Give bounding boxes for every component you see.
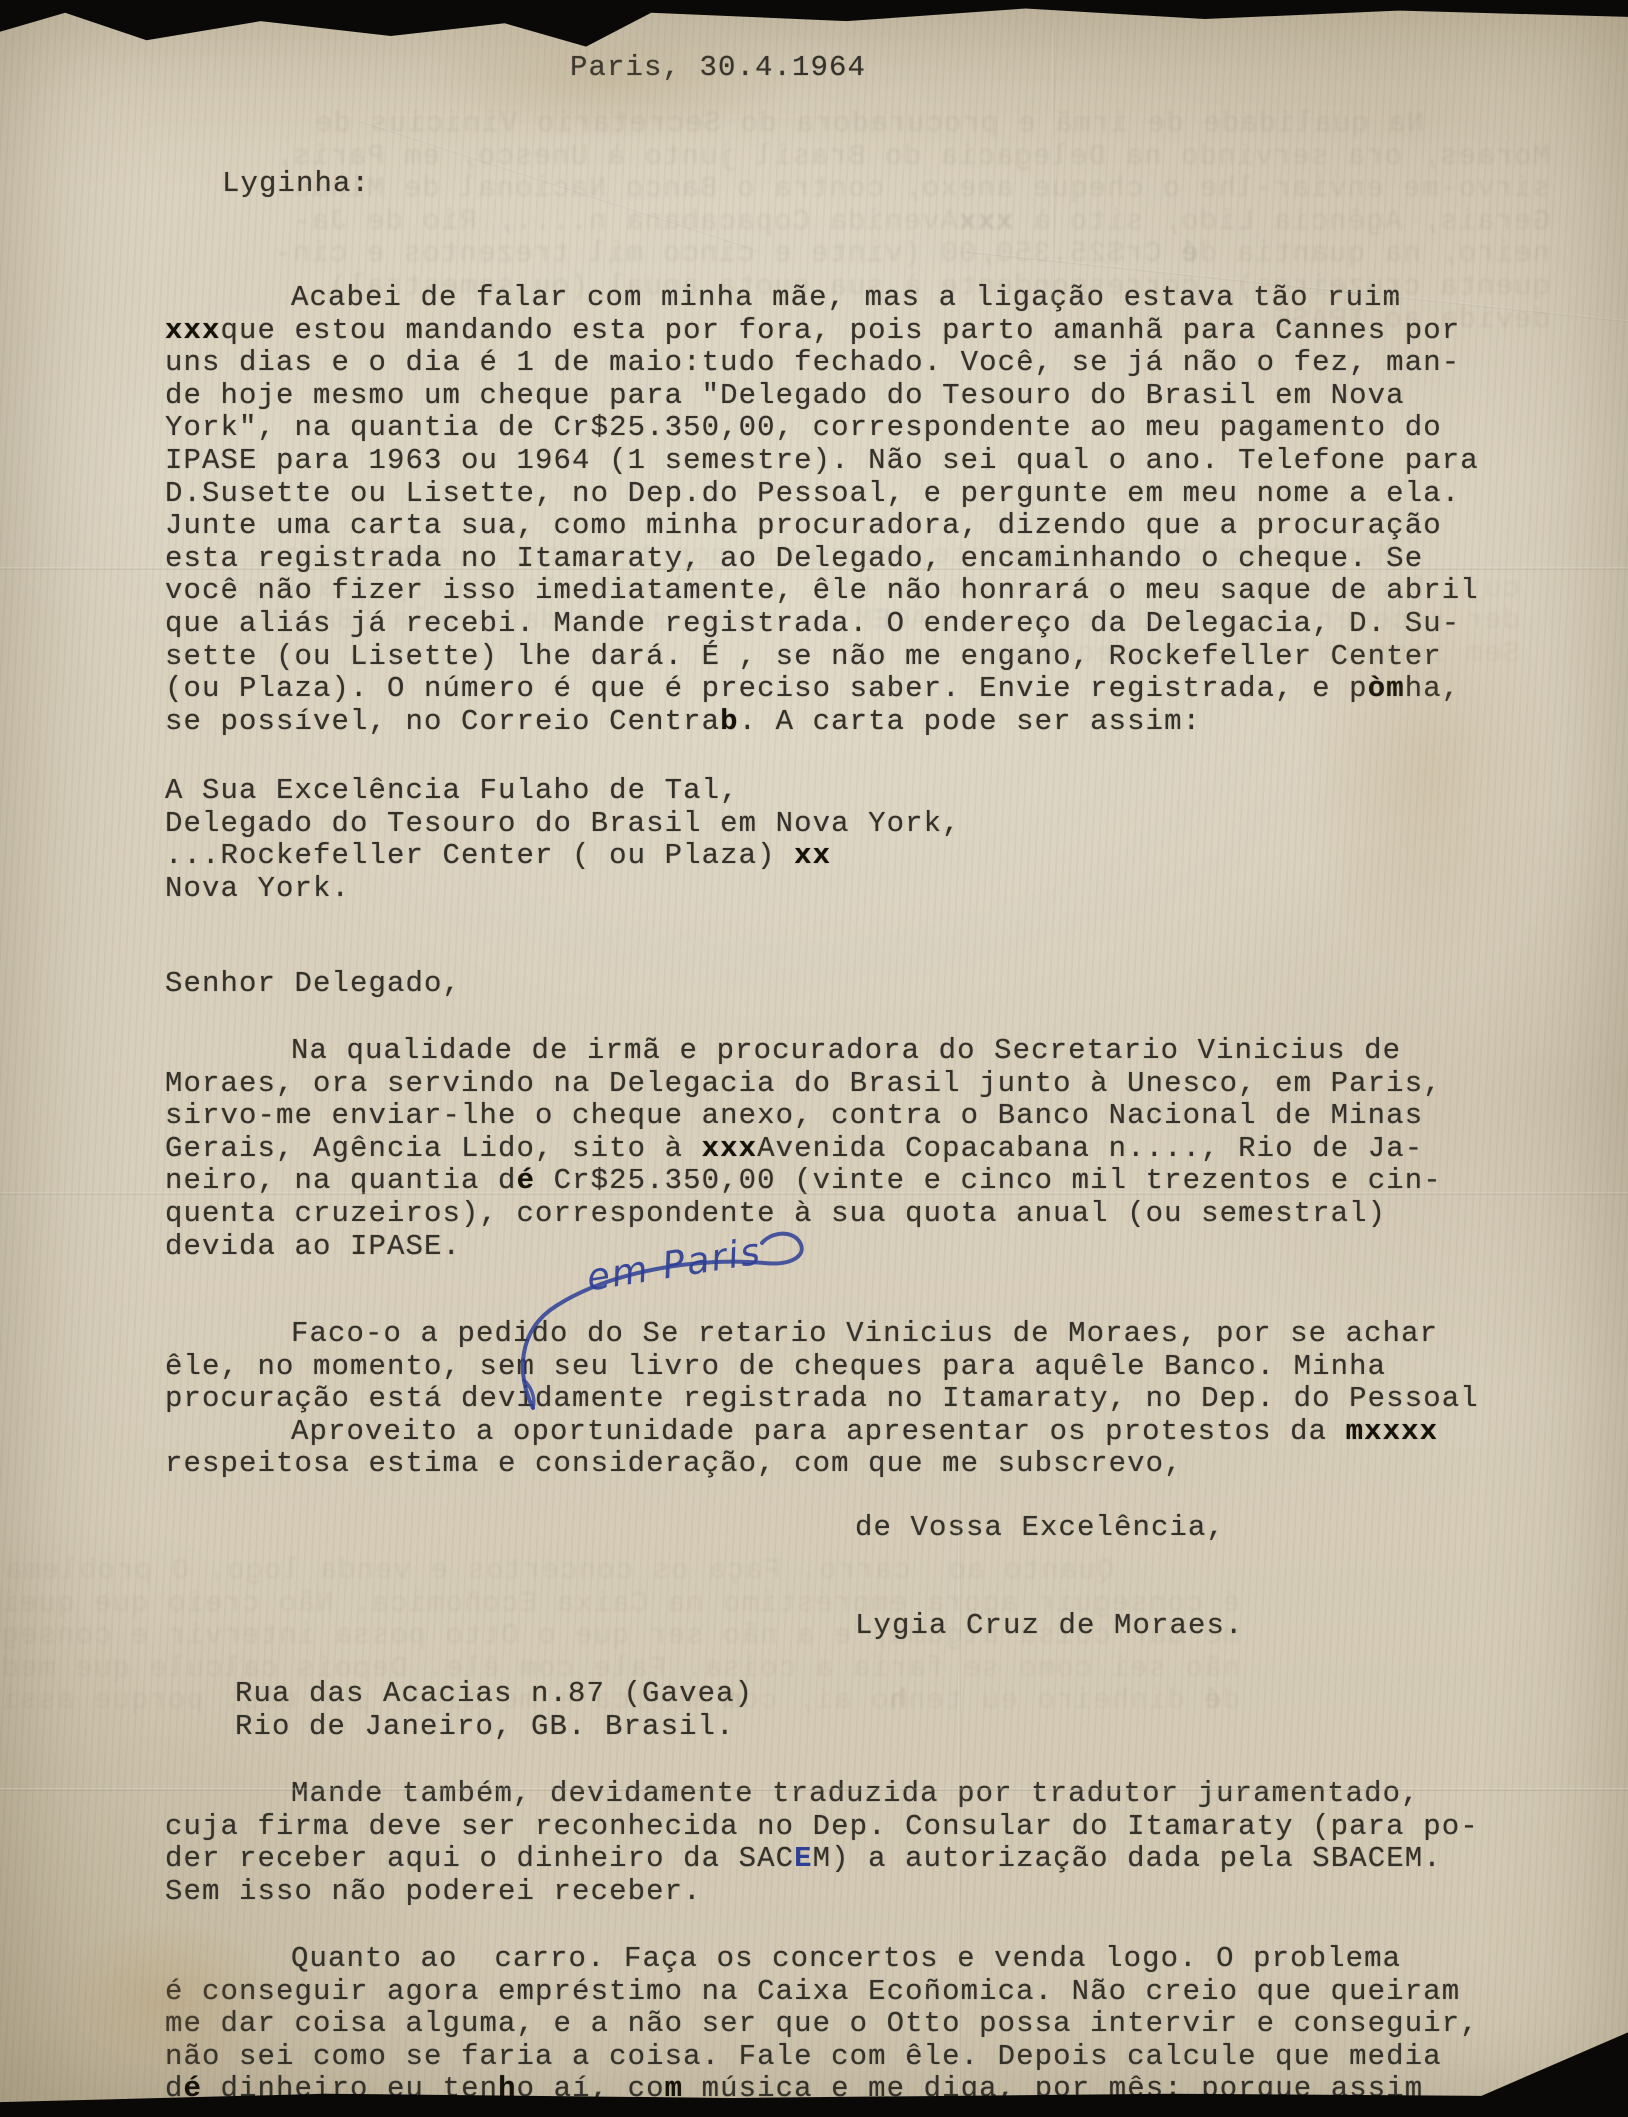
letter-line: Acabei de falar com minha mãe, mas a lig… (165, 282, 1479, 315)
letter-paper: Na qualidade de irmã e procuradora do Se… (0, 0, 1628, 2117)
letter-line: quenta cruzeiros), correspondente à sua … (165, 1198, 1442, 1231)
letter-line: sette (ou Lisette) lhe dará. É , se não … (165, 641, 1479, 674)
letter-line: Gerais, Agência Lido, sito à xxxAvenida … (90, 206, 1550, 239)
letter-line: me dar coisa alguma, e a não ser que o O… (165, 2008, 1479, 2041)
letter-line: Mande também, devidamente traduzida por … (165, 1778, 1479, 1811)
fold-crease (1052, 30, 1055, 310)
letter-line: que aliás já recebi. Mande registrada. O… (165, 608, 1479, 641)
letter-line: êle, no momento, sem seu livro de cheque… (165, 1351, 1479, 1384)
letter-line: cuja firma deve ser reconhecida no Dep. … (165, 1811, 1479, 1844)
letter-line: D.Susette ou Lisette, no Dep.do Pessoal,… (165, 478, 1479, 511)
body-paragraph-1: Acabei de falar com minha mãe, mas a lig… (165, 282, 1479, 738)
letter-line: procuração está devidamente registrada n… (165, 1383, 1479, 1416)
letter-line: ...Rockefeller Center ( ou Plaza) xx (165, 840, 961, 873)
letter-line: se possível, no Correio Centrab. A carta… (165, 706, 1479, 739)
letter-line: Quanto ao carro. Faça os concertos e ven… (40, 1555, 1240, 1588)
letter-line: Delegado do Tesouro do Brasil em Nova Yo… (165, 808, 961, 841)
letter-line: neiro, na quantia dé Cr$25.350,00 (vinte… (90, 238, 1550, 271)
letter-line: dé dinheiro eu tenho aí, com música e me… (165, 2073, 1479, 2106)
letter-line: sirvo-me enviar-lhe o cheque anexo, cont… (165, 1100, 1442, 1133)
letter-line: respeitosa estima e consideração, com qu… (165, 1448, 1479, 1481)
letter-salutation: Lyginha: (222, 168, 370, 201)
letter-line: Rio de Janeiro, GB. Brasil. (235, 1711, 753, 1744)
scanned-letter: Na qualidade de irmã e procuradora do Se… (0, 0, 1628, 2117)
letter-date: Paris, 30.4.1964 (570, 52, 866, 85)
letter-line: você não fizer isso imediatamente, êle n… (165, 575, 1479, 608)
letter-line: de hoje mesmo um cheque para "Delegado d… (165, 380, 1479, 413)
letter-line: Junte uma carta sua, como minha procurad… (165, 510, 1479, 543)
letter-line: Na qualidade de irmã e procuradora do Se… (90, 108, 1550, 141)
letter-line: Gerais, Agência Lido, sito à xxxAvenida … (165, 1133, 1442, 1166)
letter-line: Faco-o a pedido do Se retario Vinicius d… (165, 1318, 1479, 1351)
letter-line: não sei como se faria a coisa. Fale com … (165, 2041, 1479, 2074)
letter-line: Nova York. (165, 873, 961, 906)
letter-line: Moraes, ora servindo na Delegacia do Bra… (165, 1068, 1442, 1101)
letter-line: Na qualidade de irmã e procuradora do Se… (165, 1035, 1442, 1068)
recipient-address-block: A Sua Excelência Fulaho de Tal,Delegado … (165, 775, 961, 905)
letter-closing: de Vossa Excelência, (855, 1512, 1225, 1545)
letter-line: (ou Plaza). O número é que é preciso sab… (165, 673, 1479, 706)
body-paragraph-4: Mande também, devidamente traduzida por … (165, 1778, 1479, 1908)
letter-greeting: Senhor Delegado, (165, 968, 461, 1001)
letter-line: Rua das Acacias n.87 (Gavea) (235, 1678, 753, 1711)
letter-line: IPASE para 1963 ou 1964 (1 semestre). Nã… (165, 445, 1479, 478)
letter-line: é conseguir agora empréstimo na Caixa Ec… (165, 1976, 1479, 2009)
body-paragraph-2: Na qualidade de irmã e procuradora do Se… (165, 1035, 1442, 1263)
body-paragraph-5: Quanto ao carro. Faça os concertos e ven… (165, 1943, 1479, 2106)
letter-line: York", na quantia de Cr$25.350,00, corre… (165, 412, 1479, 445)
letter-line: A Sua Excelência Fulaho de Tal, (165, 775, 961, 808)
body-paragraph-3: Faco-o a pedido do Se retario Vinicius d… (165, 1318, 1479, 1481)
letter-line: uns dias e o dia é 1 de maio:tudo fechad… (165, 347, 1479, 380)
letter-signature: Lygia Cruz de Moraes. (855, 1610, 1244, 1643)
letter-line: devida ao IPASE. (165, 1231, 1442, 1264)
letter-line: Aproveito a oportunidade para apresentar… (165, 1416, 1479, 1449)
sender-address-block: Rua das Acacias n.87 (Gavea)Rio de Janei… (235, 1678, 753, 1743)
letter-line: neiro, na quantia dé Cr$25.350,00 (vinte… (165, 1165, 1442, 1198)
fold-crease (360, 120, 760, 252)
letter-line: Quanto ao carro. Faça os concertos e ven… (165, 1943, 1479, 1976)
letter-line: esta registrada no Itamaraty, ao Delegad… (165, 543, 1479, 576)
letter-line: Sem isso não poderei receber. (165, 1876, 1479, 1909)
letter-line: der receber aqui o dinheiro da SACEM) a … (165, 1843, 1479, 1876)
letter-line: xxxque estou mandando esta por fora, poi… (165, 315, 1479, 348)
